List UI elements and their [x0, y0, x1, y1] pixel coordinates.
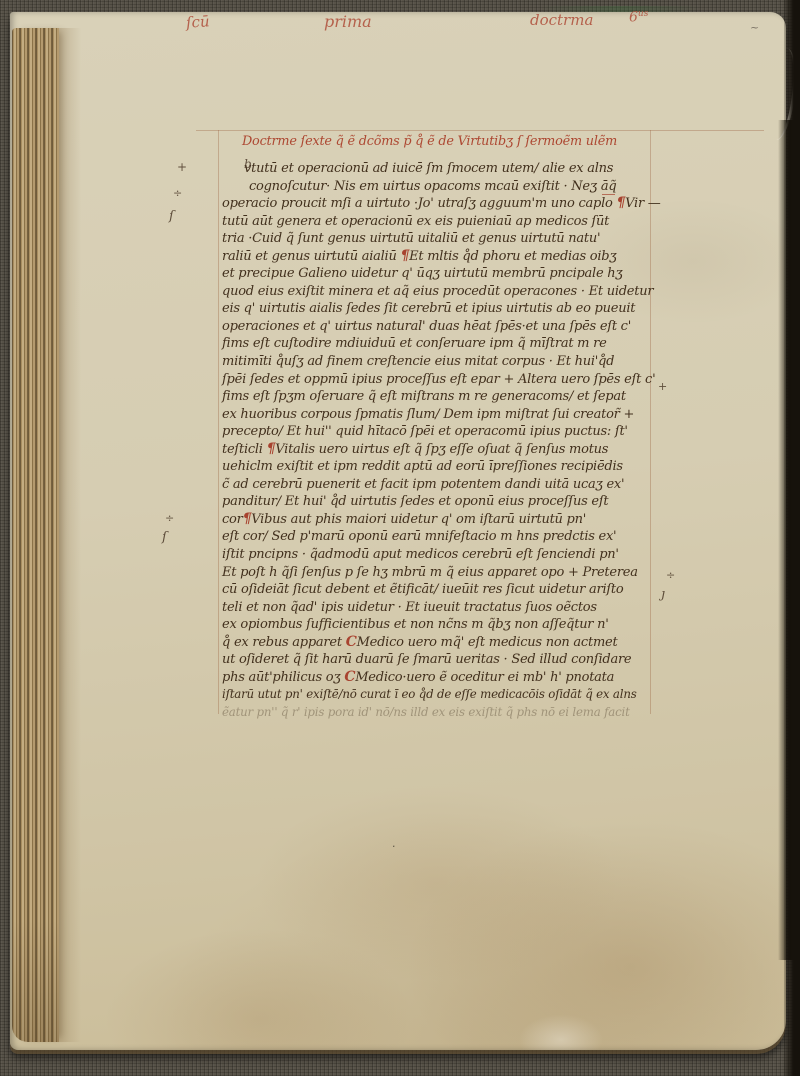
text-segment: raliū et genus uirtutū aialiū	[222, 249, 400, 264]
text-segment: teſticli	[222, 442, 267, 457]
marginal-mark: ÷	[165, 512, 174, 525]
marginal-mark: ~	[750, 21, 759, 34]
folio-number-suffix: us	[638, 9, 648, 19]
marginal-mark: +	[658, 380, 667, 393]
text-segment: mitimīti q̊uſʒ ad finem creſtencie eius …	[222, 354, 614, 369]
manuscript-line: cor¶Vibus aut phis maiori uidetur q' om …	[222, 511, 658, 529]
rubric-paragraph-mark: ¶	[400, 248, 409, 264]
text-segment: precepto/ Et hui'' quid hītacō ſpēi et o…	[222, 424, 628, 439]
marginal-mark: b	[244, 157, 252, 171]
gutter-shadow	[59, 28, 81, 1042]
manuscript-line: iſtit pncipns · q̃admodū aput medicos ce…	[222, 546, 658, 564]
text-segment: fims eſt ſpʒm oſeruare q̃ eſt miſtrans m…	[222, 389, 626, 404]
manuscript-line: teli et non q̃ad' ipis uidetur · Et iueu…	[222, 599, 658, 617]
manuscript-line: mitimīti q̊uſʒ ad finem creſtencie eius …	[222, 353, 658, 371]
manuscript-photo: ſcū prima doctrma 6us Doctrme ſexte q̃ ẽ…	[0, 0, 800, 1076]
text-segment: ſpēi ſedes et oppmū ipius proceſſus eſt …	[222, 372, 655, 387]
rubric-paragraph-mark: C	[344, 669, 355, 685]
text-segment: Medico·uero ẽ oceditur ei mb' h' pnotata	[355, 670, 614, 685]
manuscript-line: tria ·Cuid q̃ ſunt genus uirtutū uitaliū…	[222, 230, 658, 248]
manuscript-line: ut oſideret q̃ ſit harū duarū ſe ſmarū u…	[222, 651, 658, 669]
manuscript-line: ẽatur pn'' q̃ r' ipis pora id' nō/ns ill…	[222, 704, 658, 722]
running-header-prima: prima	[324, 12, 372, 31]
running-header-doctrina: doctrma	[530, 11, 593, 29]
text-segment: operacio proucit mſi a uirtuto ·Jo' utra…	[222, 196, 616, 211]
text-segment: ut oſideret q̃ ſit harū duarū ſe ſmarū u…	[222, 652, 631, 667]
manuscript-line: q̊ ex rebus apparet CMedico uero mq̃' eſ…	[222, 634, 658, 652]
marginal-mark: ſ	[162, 530, 167, 545]
manuscript-line: ex huoribus corpous ſpmatis ſlum/ Dem ip…	[222, 406, 658, 424]
manuscript-line: eſt cor/ Sed p'marū oponū earū mnifeſtac…	[222, 528, 658, 546]
text-segment: ẽatur pn'' q̃ r' ipis pora id' nō/ns ill…	[222, 705, 630, 719]
marginal-mark: ÷	[173, 187, 182, 200]
marginal-mark: +	[177, 160, 187, 174]
manuscript-line: raliū et genus uirtutū aialiū ¶Et mltis …	[222, 248, 658, 266]
text-segment: Vitalis uero uirtus eſt q̃ ſpʒ eſſe oſua…	[275, 442, 608, 457]
text-segment: panditur/ Et hui' q̊d uirtutis ſedes et …	[222, 494, 608, 509]
folio-number: 6us	[629, 9, 648, 26]
manuscript-line: ſpēi ſedes et oppmū ipius proceſſus eſt …	[222, 371, 658, 389]
manuscript-line: Et poſt h q̃ſi ſenſus p ſe hʒ mbrū m q̃ …	[222, 564, 658, 582]
rubric-paragraph-mark: ¶	[243, 511, 252, 527]
text-segment: vtutū et operacionū ad iuicē ſm ſmocem u…	[244, 161, 613, 176]
manuscript-line: et precipue Galieno uidetur q' ūqʒ uirtu…	[222, 265, 658, 283]
text-segment: cor	[222, 512, 243, 527]
ruling-line-left	[218, 130, 219, 714]
marginal-mark: ſ	[169, 209, 174, 224]
text-segment: uehiclm exiſtit et ipm reddit aptū ad eo…	[222, 459, 623, 474]
manuscript-line: tutū aūt genera et operacionū ex eis pui…	[222, 213, 658, 231]
manuscript-line: fims eſt ſpʒm oſeruare q̃ eſt miſtrans m…	[222, 388, 658, 406]
text-segment: Et poſt h q̃ſi ſenſus p ſe hʒ mbrū m q̃ …	[222, 565, 638, 580]
manuscript-line: quod eius exiſtit minera et aq̃ eius pro…	[222, 283, 658, 301]
text-block: vtutū et operacionū ad iuicē ſm ſmocem u…	[222, 160, 658, 722]
marginal-mark: ÷	[666, 569, 675, 582]
text-segment: iſtit pncipns · q̃admodū aput medicos ce…	[222, 547, 619, 562]
text-segment: teli et non q̃ad' ipis uidetur · Et iueu…	[222, 600, 597, 615]
text-segment: quod eius exiſtit minera et aq̃ eius pro…	[222, 284, 653, 299]
manuscript-line: eis q' uirtutis aialis ſedes ſit cerebrū…	[222, 300, 658, 318]
marginal-mark: ȷ	[661, 587, 665, 602]
manuscript-line: fims eſt cuſtodire mdiuiduū et conſeruar…	[222, 335, 658, 353]
text-segment: q̊ ex rebus apparet	[222, 635, 346, 650]
text-segment: Vibus aut phis maiori uidetur q' om iſta…	[251, 512, 586, 527]
text-segment: cū oſideiāt ſicut debent et ẽtificāt/ iu…	[222, 582, 624, 597]
text-segment: Et mltis q̊d phoru et medias oibʒ	[409, 249, 616, 264]
book-shadow	[784, 0, 800, 1076]
manuscript-line: teſticli ¶Vitalis uero uirtus eſt q̃ ſpʒ…	[222, 441, 658, 459]
text-segment: ex huoribus corpous ſpmatis ſlum/ Dem ip…	[222, 407, 634, 422]
text-segment: Vir —	[625, 196, 660, 211]
manuscript-line: precepto/ Et hui'' quid hītacō ſpēi et o…	[222, 423, 658, 441]
rubric-paragraph-mark: ¶	[616, 195, 625, 211]
rubric-title: Doctrme ſexte q̃ ẽ dcõms p̃ q̊ ẽ de Virt…	[222, 134, 617, 149]
text-segment: operaciones et q' uirtus natural' duas h…	[222, 319, 631, 334]
marginal-mark: ·	[392, 840, 396, 853]
manuscript-line: operacio proucit mſi a uirtuto ·Jo' utra…	[222, 195, 658, 213]
manuscript-line: uehiclm exiſtit et ipm reddit aptū ad eo…	[222, 458, 658, 476]
rubric-paragraph-mark: C	[346, 634, 357, 650]
text-segment: āq̃	[601, 179, 617, 194]
text-segment: ex opiombus ſufficientibus et non nc̃ns …	[222, 617, 609, 632]
text-segment: c̃ ad cerebrū puenerit et facit ipm pote…	[222, 477, 624, 492]
manuscript-line: panditur/ Et hui' q̊d uirtutis ſedes et …	[222, 493, 658, 511]
manuscript-line: cū oſideiāt ſicut debent et ẽtificāt/ iu…	[222, 581, 658, 599]
text-segment: eſt cor/ Sed p'marū oponū earū mnifeſtac…	[222, 529, 616, 544]
page-gutter-edges	[12, 28, 59, 1042]
manuscript-line: iſtarū utut pn' exiſtē/nō curat ī eo q̊d…	[222, 686, 658, 704]
text-segment: phs aūt'philicus oʒ	[222, 670, 344, 685]
text-segment: tutū aūt genera et operacionū ex eis pui…	[222, 214, 609, 229]
text-segment: fims eſt cuſtodire mdiuiduū et conſeruar…	[222, 336, 607, 351]
text-segment: iſtarū utut pn' exiſtē/nō curat ī eo q̊d…	[222, 687, 637, 701]
text-segment: cognoſcutur· Nis em uirtus opacoms mcaū …	[249, 179, 601, 194]
text-segment: Medico uero mq̃' eſt medicus non actmet	[357, 635, 618, 650]
manuscript-line: ex opiombus ſufficientibus et non nc̃ns …	[222, 616, 658, 634]
manuscript-line: phs aūt'philicus oʒ CMedico·uero ẽ ocedi…	[222, 669, 658, 687]
text-segment: tria ·Cuid q̃ ſunt genus uirtutū uitaliū…	[222, 231, 600, 246]
manuscript-line: c̃ ad cerebrū puenerit et facit ipm pote…	[222, 476, 658, 494]
manuscript-line: cognoſcutur· Nis em uirtus opacoms mcaū …	[222, 178, 658, 196]
running-header-left: ſcū	[185, 12, 210, 32]
manuscript-line: operaciones et q' uirtus natural' duas h…	[222, 318, 658, 336]
text-segment: et precipue Galieno uidetur q' ūqʒ uirtu…	[222, 266, 623, 281]
text-segment: eis q' uirtutis aialis ſedes ſit cerebrū…	[222, 301, 635, 316]
manuscript-line: vtutū et operacionū ad iuicē ſm ſmocem u…	[222, 160, 658, 178]
rubric-paragraph-mark: ¶	[267, 441, 276, 457]
ruling-line-top	[196, 130, 764, 131]
